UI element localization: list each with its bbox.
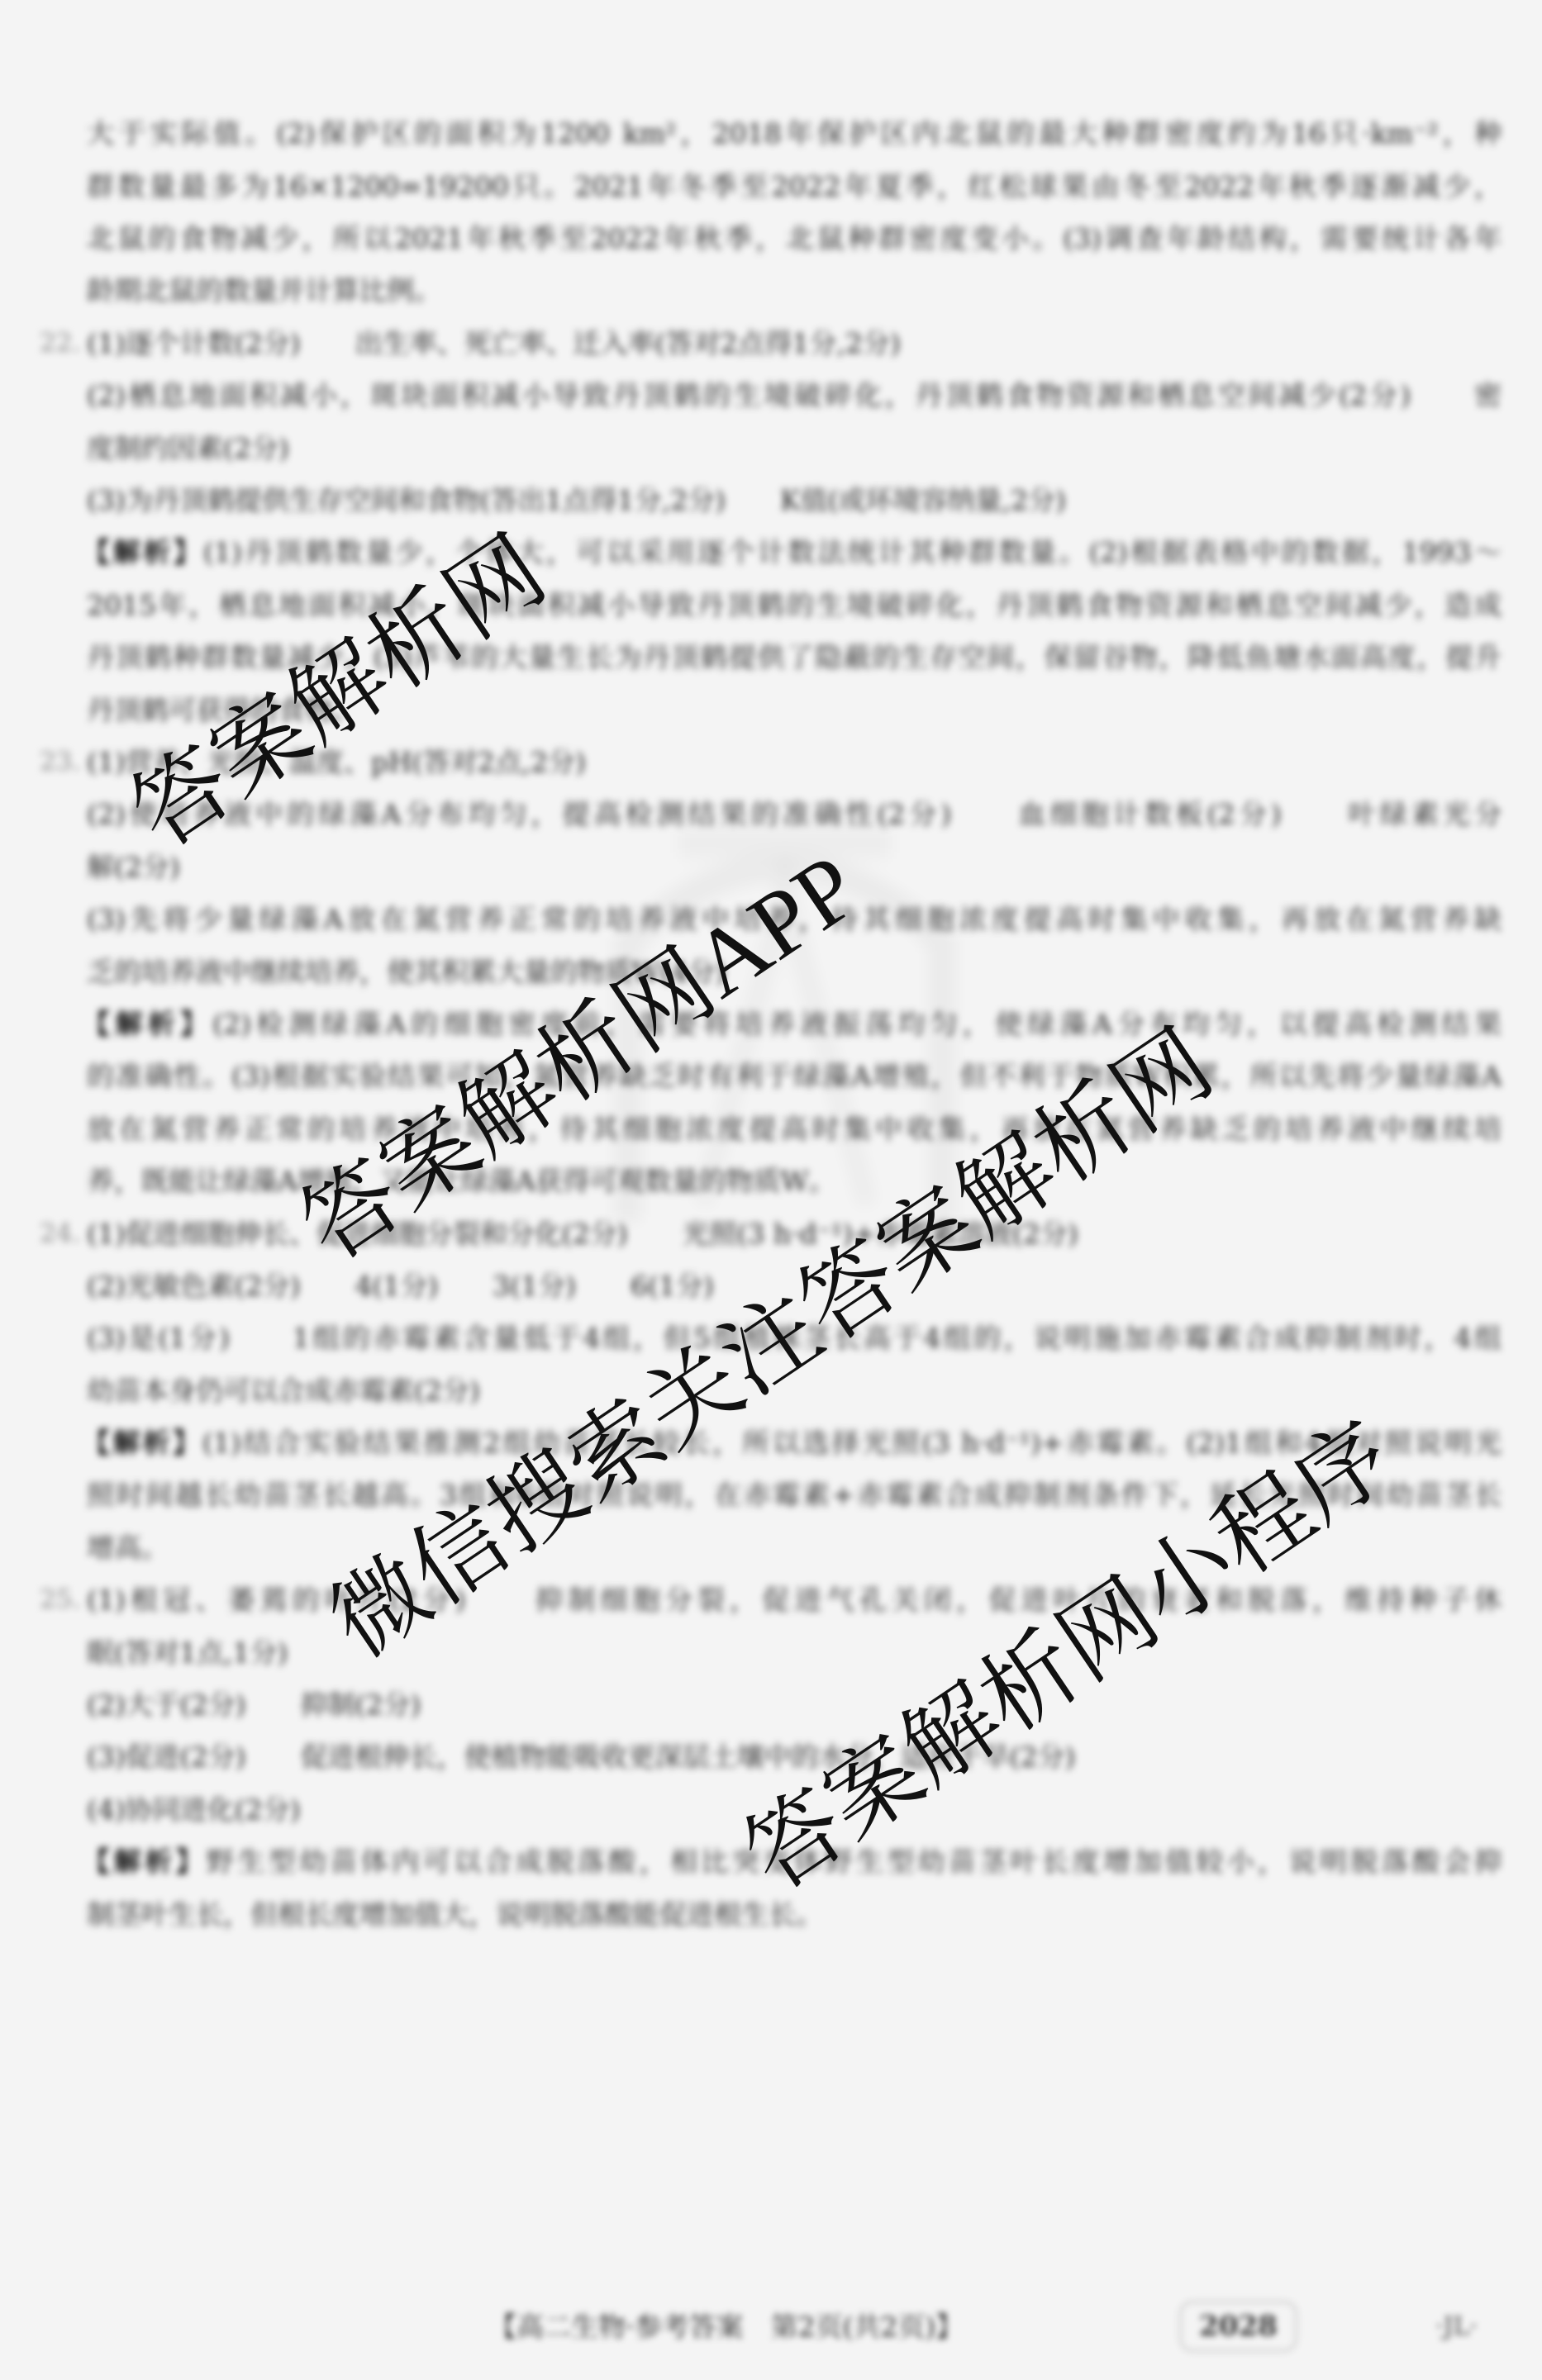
- line-text: (2)使培养液中的绿藻A分布均匀，提高检测结果的准确性(2分) 血细胞计数板(2…: [87, 798, 1502, 830]
- analysis-line: 放在氮营养正常的培养液中培养，待其细胞浓度提高时集中收集，再放在氮营养缺乏的培养…: [0, 1103, 1502, 1155]
- footer-title: 【高二生物·参考答案 第2页(共2页)】: [489, 2304, 963, 2350]
- line-text: 幼苗本身仍可以合成赤霉素(2分): [87, 1375, 480, 1407]
- line-text: (2)栖息地面积减小，斑块面积减小导致丹顶鹤的生境破碎化，丹顶鹤食物资源和栖息空…: [87, 379, 1502, 411]
- answer-line: (3)为丹顶鹤提供生存空间和食物(答出1点得1分,2分) K值(或环境容纳量,2…: [0, 474, 1502, 526]
- question-number: 23.: [40, 736, 80, 788]
- line-text: 放在氮营养正常的培养液中培养，待其细胞浓度提高时集中收集，再放在氮营养缺乏的培养…: [87, 1113, 1502, 1145]
- question-24-answer-line: 24.(1)促进细胞伸长、促进细胞分裂和分化(2分) 光照(3 h·d⁻¹)+赤…: [0, 1208, 1502, 1260]
- answer-line: (3)促进(2分) 促进根伸长，使植物能吸收更深层土壤中的水分，适应干旱(2分): [0, 1731, 1502, 1783]
- text-line: 龄期北鼠的数量并计算比例。: [0, 264, 1502, 316]
- footer-code-badge: 2028: [1179, 2301, 1297, 2352]
- line-text: 度制约因素(2分): [87, 432, 289, 464]
- answer-line: 度制约因素(2分): [0, 422, 1502, 474]
- answer-line: 眠(答对1点,1分): [0, 1627, 1502, 1679]
- line-text: (1)根冠、萎蔫的叶片(2分) 抑制细胞分裂，促进气孔关闭，促进叶片的衰老和脱落…: [87, 1584, 1502, 1616]
- analysis-line: 制茎叶生长，但根长度增加值大，说明脱落酸能促进根生长。: [0, 1888, 1502, 1941]
- line-text: (1)逐个计数(2分) 出生率、死亡率、迁入率(答对2点得1分,2分): [87, 327, 901, 359]
- line-text: (4)协同进化(2分): [87, 1793, 301, 1826]
- text-line: 大于实际值。(2)保护区的面积为1200 km²，2018年保护区内北鼠的最大种…: [0, 107, 1502, 159]
- question-number: 22.: [40, 317, 80, 369]
- question-22-answer-line: 22.(1)逐个计数(2分) 出生率、死亡率、迁入率(答对2点得1分,2分): [0, 317, 1502, 369]
- analysis-label: 【解析】: [83, 1846, 207, 1878]
- question-number: 24.: [40, 1208, 80, 1260]
- analysis-label: 【解析】: [83, 536, 203, 568]
- line-text: 增高。: [87, 1532, 169, 1564]
- line-text: 的准确性。(3)根据实验结果可知，氮营养缺乏时有利于绿藻A增殖，但不利于物质W积…: [87, 1060, 1502, 1092]
- analysis-line: 【解析】(2)检测绿藻A的细胞密度前，需要将培养液振荡均匀，使绿藻A分布均匀，以…: [0, 998, 1502, 1050]
- text-line: 群数量最多为16×1200=19200只。2021年冬季至2022年夏季，红松球…: [0, 160, 1502, 212]
- footer-region-mark: ·JL·: [1419, 2304, 1494, 2350]
- analysis-line: 的准确性。(3)根据实验结果可知，氮营养缺乏时有利于绿藻A增殖，但不利于物质W积…: [0, 1050, 1502, 1102]
- line-text: 龄期北鼠的数量并计算比例。: [87, 274, 441, 306]
- analysis-line: 丹顶鹤种群数量减少。(3)芦苇的大量生长为丹顶鹤提供了隐蔽的生存空间，保留谷物，…: [0, 631, 1502, 683]
- line-text: 眠(答对1点,1分): [87, 1637, 288, 1669]
- analysis-line: 养，既能让绿藻A增殖，又能让绿藻A获得可观数量的物质W。: [0, 1155, 1502, 1207]
- line-text: 制茎叶生长，但根长度增加值大，说明脱落酸能促进根生长。: [87, 1898, 823, 1931]
- line-text: (3)为丹顶鹤提供生存空间和食物(答出1点得1分,2分) K值(或环境容纳量,2…: [87, 484, 1066, 516]
- line-text: 2015年，栖息地面积减小，斑块面积减小导致丹顶鹤的生境破碎化，丹顶鹤食物资源和…: [87, 589, 1502, 621]
- analysis-line: 2015年，栖息地面积减小，斑块面积减小导致丹顶鹤的生境破碎化，丹顶鹤食物资源和…: [0, 579, 1502, 631]
- line-text: (2)光敏色素(2分) 4(1分) 3(1分) 6(1分): [87, 1270, 714, 1302]
- page-footer: 【高二生物·参考答案 第2页(共2页)】 2028 ·JL·: [0, 2304, 1542, 2350]
- analysis-label: 【解析】: [83, 1427, 202, 1459]
- line-text: (2)大于(2分) 抑制(2分): [87, 1689, 421, 1721]
- question-number: 25.: [40, 1574, 80, 1626]
- line-text: (2)检测绿藻A的细胞密度前，需要将培养液振荡均匀，使绿藻A分布均匀，以提高检测…: [212, 1008, 1502, 1040]
- question-25-answer-line: 25.(1)根冠、萎蔫的叶片(2分) 抑制细胞分裂，促进气孔关闭，促进叶片的衰老…: [0, 1574, 1502, 1626]
- line-text: 群数量最多为16×1200=19200只。2021年冬季至2022年夏季，红松球…: [87, 170, 1502, 202]
- line-text: 北鼠的食物减少，所以2021年秋季至2022年秋季，北鼠种群密度变小。(3)调查…: [87, 222, 1502, 254]
- line-text: (1)丹顶鹤数量少，个体大，可以采用逐个计数法统计其种群数量。(2)根据表格中的…: [203, 536, 1502, 568]
- answer-document: 大于实际值。(2)保护区的面积为1200 km²，2018年保护区内北鼠的最大种…: [0, 107, 1542, 1941]
- line-text: 大于实际值。(2)保护区的面积为1200 km²，2018年保护区内北鼠的最大种…: [87, 117, 1502, 150]
- analysis-line: 【解析】(1)丹顶鹤数量少，个体大，可以采用逐个计数法统计其种群数量。(2)根据…: [0, 526, 1502, 578]
- text-line: 北鼠的食物减少，所以2021年秋季至2022年秋季，北鼠种群密度变小。(3)调查…: [0, 212, 1502, 264]
- analysis-label: 【解析】: [83, 1008, 212, 1040]
- answer-line: (2)栖息地面积减小，斑块面积减小导致丹顶鹤的生境破碎化，丹顶鹤食物资源和栖息空…: [0, 369, 1502, 421]
- answer-line: (2)大于(2分) 抑制(2分): [0, 1679, 1502, 1731]
